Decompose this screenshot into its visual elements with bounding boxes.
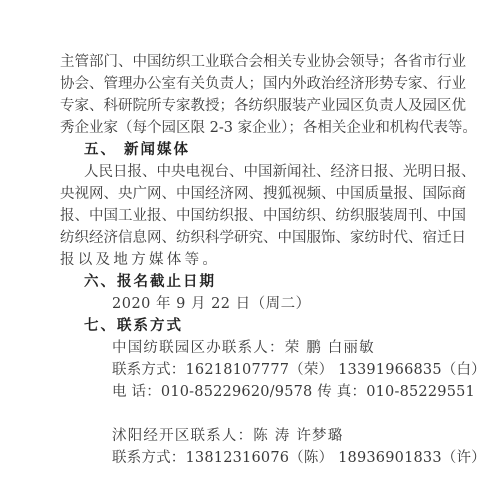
media-line-4: 纺织经济信息网、纺织科学研究、中国服饰、家纺时代、宿迁日 [60,228,422,248]
section-6-heading: 六、报名截止日期 [84,272,216,292]
contact-group-1-tel-fax: 电 话：010-85229620/9578 传 真：010-85229551 [112,382,475,402]
attendees-line-1: 主管部门、中国纺织工业联合会相关专业协会领导；各省市行业 [60,52,422,72]
attendees-line-4: 秀企业家（每个园区限 2-3 家企业）；各相关企业和机构代表等。 [60,118,422,138]
contact-group-2-names: 沭阳经开区联系人：陈 涛 许梦璐 [112,426,343,446]
contact-group-2-phones: 联系方式：13812316076（陈） 18936901833（许） [112,448,480,468]
deadline-date: 2020 年 9 月 22 日（周二） [112,294,311,314]
attendees-line-2: 协会、管理办公室有关负责人；国内外政治经济形势专家、行业 [60,74,422,94]
media-line-1: 人民日报、中央电视台、中国新闻社、经济日报、光明日报、 [84,162,422,182]
contact-group-1-phones: 联系方式：16218107777（荣） 13391966835（白） [112,360,480,380]
section-7-heading: 七、联系方式 [84,316,183,336]
media-line-3: 报、中国工业报、中国纺织报、中国纺织、纺织服装周刊、中国 [60,206,422,226]
contact-group-1-names: 中国纺联园区办联系人：荣 鹏 白丽敏 [112,338,375,358]
media-line-2: 央视网、央广网、中国经济网、搜狐视频、中国质量报、国际商 [60,184,422,204]
document-page: 主管部门、中国纺织工业联合会相关专业协会领导；各省市行业 协会、管理办公室有关负… [0,0,480,480]
attendees-line-3: 专家、科研院所专家教授；各纺织服装产业园区负责人及园区优 [60,96,422,116]
media-line-5: 报以及地方媒体等。 [60,250,220,270]
section-5-heading: 五、 新闻媒体 [84,140,190,160]
